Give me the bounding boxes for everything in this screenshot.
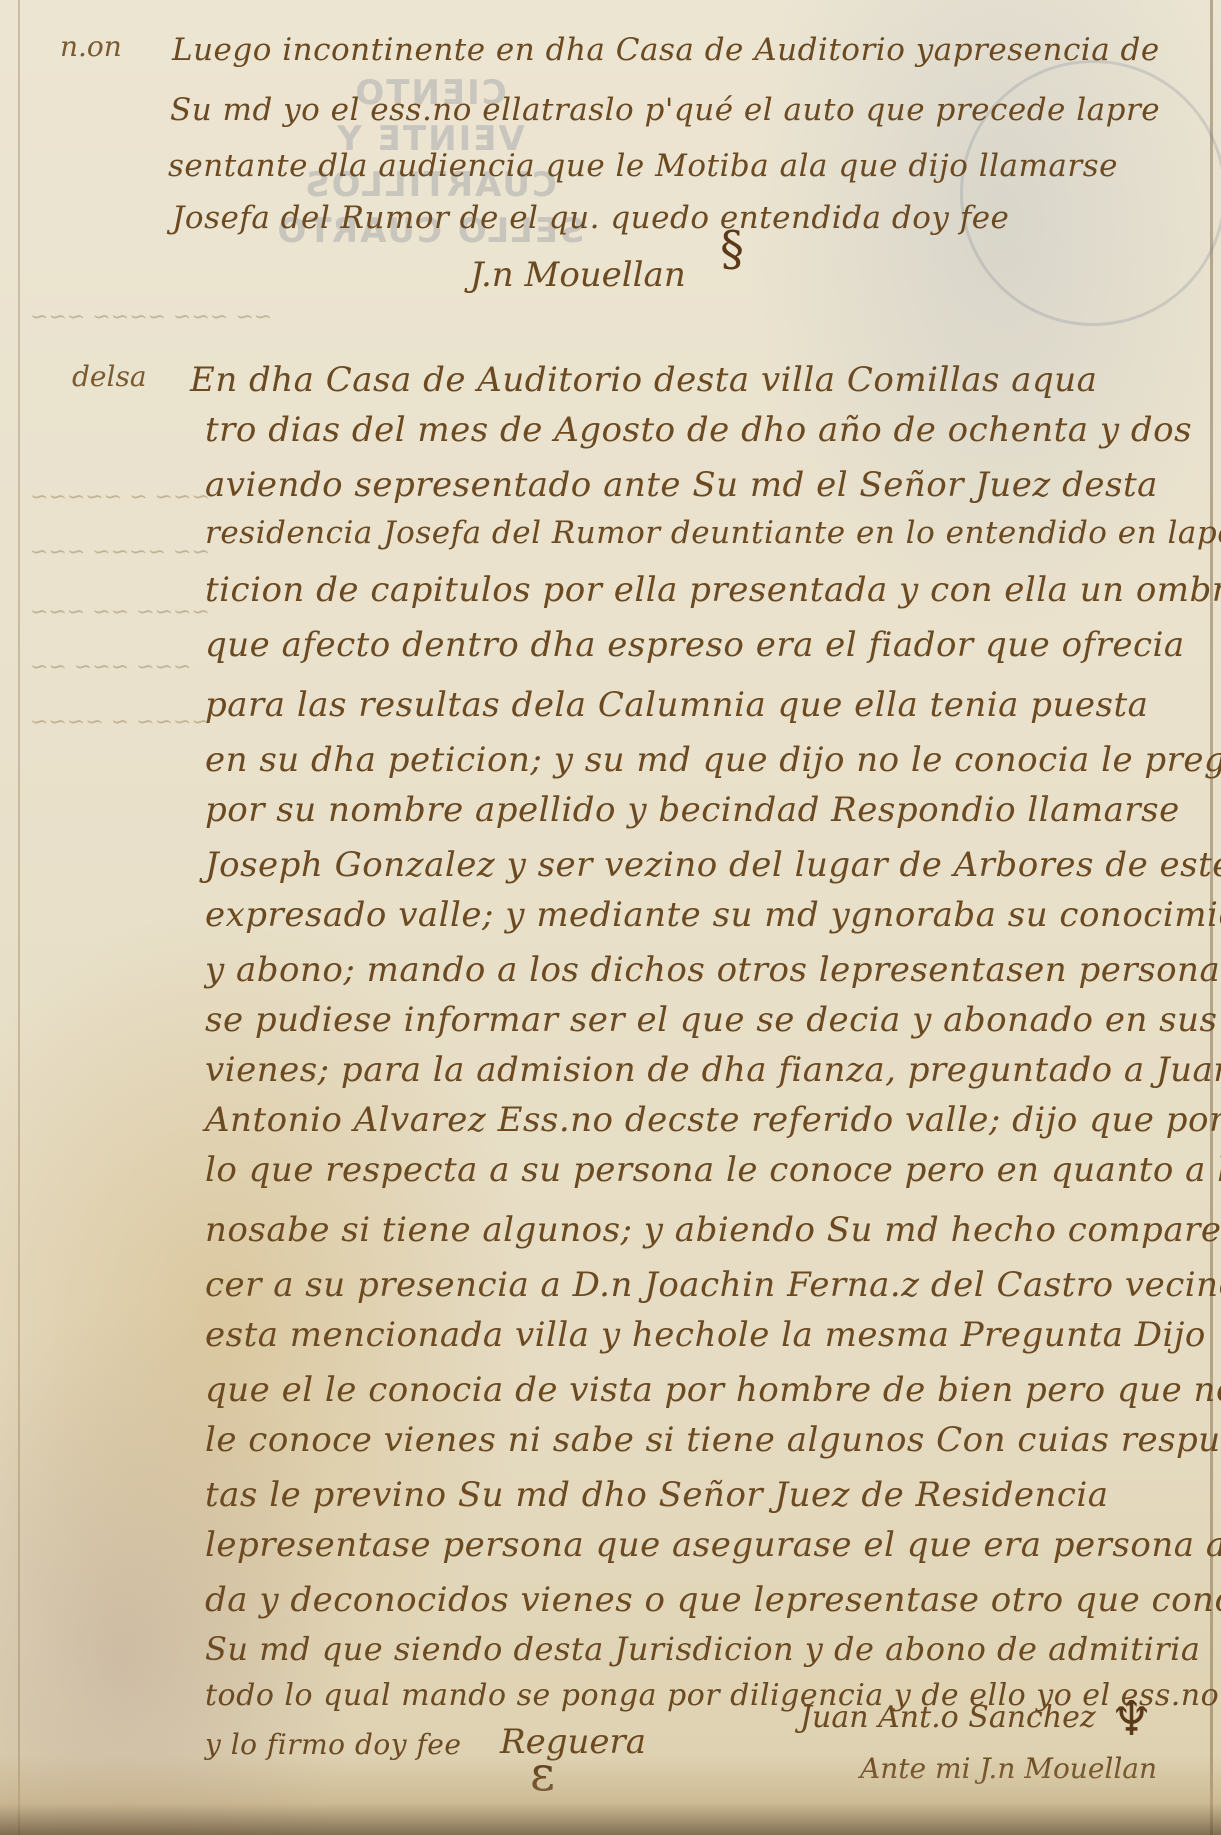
text-line: para las resultas dela Calumnia que ella… xyxy=(205,685,1148,725)
text-line: en su dha peticion; y su md que dijo no … xyxy=(205,740,1221,780)
text-line: vienes; para la admision de dha fianza, … xyxy=(205,1050,1221,1090)
text-line: le conoce vienes ni sabe si tiene alguno… xyxy=(205,1420,1221,1460)
text-line: Su md yo el ess.no ellatraslo p'qué el a… xyxy=(170,92,1160,128)
text-line: y abono; mando a los dichos otros lepres… xyxy=(205,950,1221,990)
text-line: En dha Casa de Auditorio desta villa Com… xyxy=(190,360,1097,400)
text-line: Joseph Gonzalez y ser vezino del lugar d… xyxy=(205,845,1221,885)
text-line: Josefa del Rumor de el qu. quedo entendi… xyxy=(172,200,1009,236)
text-line: lo que respecta a su persona le conoce p… xyxy=(205,1150,1221,1190)
notary-sign-flourish: ♆ xyxy=(1110,1695,1153,1743)
text-line: aviendo sepresentado ante Su md el Señor… xyxy=(205,465,1158,505)
text-line: sentante dla audiencia que le Motiba ala… xyxy=(168,148,1118,184)
text-line: da y deconocidos vienes o que lepresenta… xyxy=(205,1580,1221,1620)
text-line: ticion de capitulos por ella presentada … xyxy=(205,570,1221,610)
bleed-through-line: ~~~ ~ ~~~~~ xyxy=(30,485,210,510)
signature-rubric-flourish: § xyxy=(720,225,744,273)
text-line: por su nombre apellido y becindad Respon… xyxy=(205,790,1180,830)
signature-sanchez: Juan Ant.o Sanchez xyxy=(800,1700,1096,1735)
text-line: que afecto dentro dha espreso era el fia… xyxy=(205,625,1185,665)
text-line: expresado valle; y mediante su md ygnora… xyxy=(205,895,1221,935)
signature-mouellan: J.n Mouellan xyxy=(470,255,686,295)
bleed-through-line: ~~~ ~~~ ~~ xyxy=(30,655,191,680)
text-line: tro dias del mes de Agosto de dho año de… xyxy=(205,410,1192,450)
page-bottom-edge xyxy=(0,1755,1221,1835)
margin-note-entry: delsa xyxy=(72,360,147,393)
bleed-through-line: ~~~~ ~ ~~~~ xyxy=(30,710,210,735)
text-line: Luego incontinente en dha Casa de Audito… xyxy=(172,32,1160,68)
manuscript-page: CIENTO VEINTE Y CUARTILLOS SELLO CUARTO … xyxy=(0,0,1221,1835)
text-line: se pudiese informar ser el que se decia … xyxy=(205,1000,1217,1040)
text-line: cer a su presencia a D.n Joachin Ferna.z… xyxy=(205,1265,1221,1305)
bleed-through-line: ~~ ~~~ ~~~~ ~~~ xyxy=(30,305,272,330)
text-line: residencia Josefa del Rumor deuntiante e… xyxy=(205,515,1221,551)
text-line: nosabe si tiene algunos; y abiendo Su md… xyxy=(205,1210,1221,1250)
text-line: lepresentase persona que asegurase el qu… xyxy=(205,1525,1221,1565)
bleed-through-line: ~~~~ ~~ ~~~ xyxy=(30,600,210,625)
text-line: Antonio Alvarez Ess.no decste referido v… xyxy=(205,1100,1221,1140)
text-line: esta mencionada villa y hechole la mesma… xyxy=(205,1315,1206,1355)
text-line: Su md que siendo desta Jurisdicion y de … xyxy=(205,1630,1200,1668)
text-line: que el le conocia de vista por hombre de… xyxy=(205,1370,1221,1410)
bleed-through-line: ~~ ~~~~ ~~~ xyxy=(30,540,210,565)
margin-note-notification: n.on xyxy=(60,30,122,63)
text-line: tas le previno Su md dho Señor Juez de R… xyxy=(205,1475,1109,1515)
page-fold-left xyxy=(18,0,20,1835)
